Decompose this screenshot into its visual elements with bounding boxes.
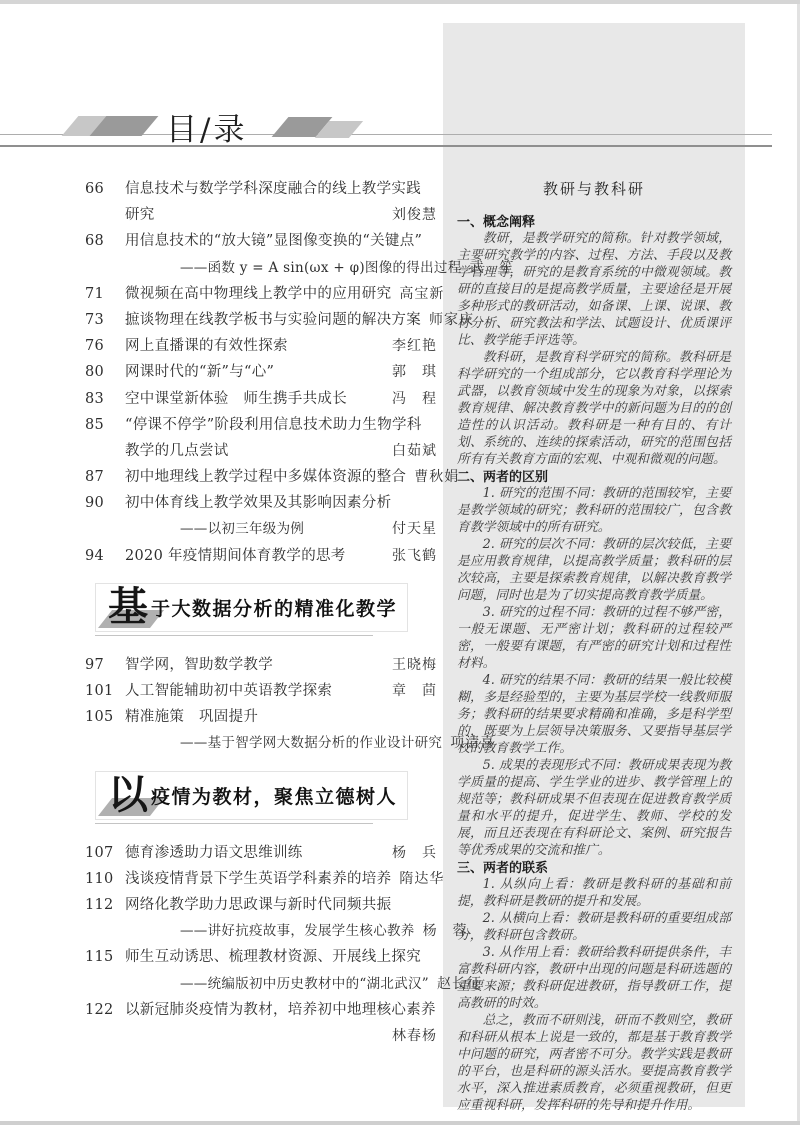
toc-entry-author: 杨 蓉: [415, 918, 468, 944]
article-title: 教研与教科研: [457, 181, 731, 198]
article-heading: 三、两者的联系: [457, 859, 731, 876]
toc-entry-title: ——以初三年级为例: [180, 516, 304, 542]
toc-page-number: 80: [85, 359, 125, 385]
article-paragraph: 3. 从作用上看：教研给教科研提供条件，丰富教科研内容，教研中出现的问题是科研选…: [457, 944, 731, 1012]
toc-page-number: 105: [85, 704, 125, 730]
toc-entry-author: 师家庆: [421, 307, 474, 333]
toc-entry-title: 信息技术与数学学科深度融合的线上教学实践: [125, 176, 421, 202]
toc-list: 66信息技术与数学学科深度融合的线上教学实践研究刘俊慧68用信息技术的“放大镜”…: [85, 176, 437, 1049]
section-banner-rule: [95, 635, 373, 636]
toc-entry-author: 项清喜: [442, 730, 495, 756]
toc-page-number: 112: [85, 892, 125, 918]
toc-entry-row: 107德育渗透助力语文思维训练杨 兵: [85, 840, 437, 866]
toc-entry-row: 85“停课不停学”阶段利用信息技术助力生物学科: [85, 412, 437, 438]
toc-page-number: 85: [85, 412, 125, 438]
article-paragraph: 3. 研究的过程不同：教研的过程不够严密，一般无课题、无严密计划；教科研的过程较…: [457, 604, 731, 672]
toc-entry-row: 97智学网，智助数学教学王晓梅: [85, 652, 437, 678]
page-title: 目/录: [166, 104, 247, 149]
toc-entry-title: 以新冠肺炎疫情为教材，培养初中地理核心素养: [125, 997, 436, 1023]
section-banner-label: 疫情为教材，聚焦立德树人: [151, 782, 397, 814]
toc-entry-row: 115师生互动诱思、梳理教材资源、开展线上探究: [85, 944, 437, 970]
toc-entry-row: 942020 年疫情期间体育教学的思考张飞鹤: [85, 543, 437, 569]
toc-entry-row: 122以新冠肺炎疫情为教材，培养初中地理核心素养: [85, 997, 437, 1023]
toc-entry-title: 人工智能辅助初中英语教学探索: [125, 678, 332, 704]
toc-entry-author: 郭 琪: [384, 359, 437, 385]
toc-entry-author: 武 笙: [462, 255, 515, 281]
toc-entry-title: 微视频在高中物理线上教学中的应用研究: [125, 281, 391, 307]
article-paragraph: 总之，教而不研则浅，研而不教则空，教研和科研从根本上说是一致的，都是基于教育教学…: [457, 1012, 731, 1114]
article-heading: 一、概念阐释: [457, 213, 731, 230]
section-banner-label: 于大数据分析的精准化教学: [151, 594, 397, 626]
toc-entry-row: 83空中课堂新体验 师生携手共成长冯 程: [85, 386, 437, 412]
toc-entry-title: “停课不停学”阶段利用信息技术助力生物学科: [125, 412, 422, 438]
toc-page-number: 107: [85, 840, 125, 866]
toc-page-number: 110: [85, 866, 125, 892]
toc-entry-title: 用信息技术的“放大镜”显图像变换的“关键点”: [125, 228, 422, 254]
toc-page-number: 115: [85, 944, 125, 970]
toc-entry-row: 教学的几点尝试白茹斌: [85, 438, 437, 464]
toc-entry-title: 德育渗透助力语文思维训练: [125, 840, 303, 866]
toc-entry-title: 2020 年疫情期间体育教学的思考: [125, 543, 346, 569]
toc-entry-author: 白茹斌: [384, 438, 437, 464]
scanned-toc-page: 目/录 66信息技术与数学学科深度融合的线上教学实践研究刘俊慧68用信息技术的“…: [0, 0, 800, 1125]
toc-entry-title: 教学的几点尝试: [125, 438, 229, 464]
toc-page-number: 101: [85, 678, 125, 704]
section-banner: 以疫情为教材，聚焦立德树人: [95, 771, 405, 824]
toc-entry-title: 师生互动诱思、梳理教材资源、开展线上探究: [125, 944, 421, 970]
toc-page-number: 97: [85, 652, 125, 678]
article-paragraph: 2. 研究的层次不同：教研的层次较低，主要是应用教育规律，以提高教学质量；教科研…: [457, 536, 731, 604]
article-heading: 二、两者的区别: [457, 468, 731, 485]
toc-entry-row: 林春杨: [85, 1023, 437, 1049]
section-banner-box: 基于大数据分析的精准化教学: [95, 583, 408, 632]
article: 教研与教科研 一、概念阐释教研，是教学研究的简称。针对教学领域，主要研究教学的内…: [457, 181, 731, 1114]
section-banner-initial: 以: [108, 776, 148, 814]
toc-page-number: 90: [85, 490, 125, 516]
toc-entry-author: 王晓梅: [384, 652, 437, 678]
facing-page-preview: 教研与教科研 一、概念阐释教研，是教学研究的简称。针对教学领域，主要研究教学的内…: [443, 23, 745, 1107]
toc-entry-row: 研究刘俊慧: [85, 202, 437, 228]
toc-entry-author: 刘俊慧: [384, 202, 437, 228]
toc-entry-author: 林春杨: [384, 1023, 437, 1049]
toc-entry-title: ——讲好抗疫故事，发展学生核心教养: [180, 918, 415, 944]
section-banner-initial: 基: [108, 588, 148, 626]
toc-page-number: 76: [85, 333, 125, 359]
toc-entry-row: 66信息技术与数学学科深度融合的线上教学实践: [85, 176, 437, 202]
toc-entry-title: 精准施策 巩固提升: [125, 704, 258, 730]
toc-page-number: 94: [85, 543, 125, 569]
toc-entry-title: ——函数 y = A sin(ωx + φ)图像的得出过程: [180, 255, 462, 281]
toc-entry-row: 76网上直播课的有效性探索李红艳: [85, 333, 437, 359]
article-paragraph: 4. 研究的结果不同：教研的结果一般比较模糊，多是经验型的，主要为基层学校一线教…: [457, 672, 731, 757]
toc-entry-row: 87初中地理线上教学过程中多媒体资源的整合曹秋娟: [85, 464, 437, 490]
toc-entry-title: 空中课堂新体验 师生携手共成长: [125, 386, 347, 412]
section-banner-box: 以疫情为教材，聚焦立德树人: [95, 771, 408, 820]
toc-entry-title: ——基于智学网大数据分析的作业设计研究: [180, 730, 442, 756]
toc-entry-row: 90初中体育线上教学效果及其影响因素分析: [85, 490, 437, 516]
toc-page-number: 122: [85, 997, 125, 1023]
toc-entry-author: 章 茴: [384, 678, 437, 704]
toc-entry-author: 高宝新: [391, 281, 444, 307]
article-paragraph: 1. 从纵向上看：教研是教科研的基础和前提，教科研是教研的提升和发展。: [457, 876, 731, 910]
toc-entry-row: 112网络化教学助力思政课与新时代同频共振: [85, 892, 437, 918]
toc-page-number: 66: [85, 176, 125, 202]
toc-entry-author: 李红艳: [384, 333, 437, 359]
section-banner-rule: [95, 823, 373, 824]
toc-entry-row: ——函数 y = A sin(ωx + φ)图像的得出过程武 笙: [85, 255, 437, 281]
toc-entry-row: ——统编版初中历史教材中的“湖北武汉”赵长征: [85, 971, 437, 997]
toc-entry-title: 初中地理线上教学过程中多媒体资源的整合: [125, 464, 406, 490]
toc-entry-author: 隋达华: [391, 866, 444, 892]
toc-entry-author: 赵长征: [429, 971, 482, 997]
article-paragraph: 1. 研究的范围不同：教研的范围较窄，主要是教学领域的研究；教科研的范围较广，包…: [457, 485, 731, 536]
toc-entry-title: 网络化教学助力思政课与新时代同频共振: [125, 892, 391, 918]
toc-entry-row: ——基于智学网大数据分析的作业设计研究项清喜: [85, 730, 437, 756]
toc-page-number: 71: [85, 281, 125, 307]
toc-entry-row: 73摭谈物理在线教学板书与实验问题的解决方案师家庆: [85, 307, 437, 333]
toc-entry-title: 摭谈物理在线教学板书与实验问题的解决方案: [125, 307, 421, 333]
toc-entry-author: 杨 兵: [384, 840, 437, 866]
toc-entry-author: 曹秋娟: [406, 464, 459, 490]
toc-entry-row: 101人工智能辅助初中英语教学探索章 茴: [85, 678, 437, 704]
toc-entry-title: 浅谈疫情背景下学生英语学科素养的培养: [125, 866, 391, 892]
toc-entry-author: 付天星: [384, 516, 437, 542]
header-rule-bottom: [0, 145, 772, 147]
toc-entry-row: ——以初三年级为例付天星: [85, 516, 437, 542]
toc-entry-row: 68用信息技术的“放大镜”显图像变换的“关键点”: [85, 228, 437, 254]
toc-page-number: 68: [85, 228, 125, 254]
toc-page-number: 73: [85, 307, 125, 333]
article-paragraph: 2. 从横向上看：教研是教科研的重要组成部分，教科研包含教研。: [457, 910, 731, 944]
toc-entry-title: 研究: [125, 202, 155, 228]
toc-entry-author: 张飞鹤: [384, 543, 437, 569]
toc-entry-row: 110浅谈疫情背景下学生英语学科素养的培养隋达华: [85, 866, 437, 892]
article-paragraph: 教科研，是教育科学研究的简称。教科研是科学研究的一个组成部分，它以教育科学理论为…: [457, 349, 731, 468]
section-banner: 基于大数据分析的精准化教学: [95, 583, 405, 636]
toc-entry-row: 105精准施策 巩固提升: [85, 704, 437, 730]
toc-page-number: 87: [85, 464, 125, 490]
toc-entry-row: 80网课时代的“新”与“心”郭 琪: [85, 359, 437, 385]
article-paragraph: 5. 成果的表现形式不同：教研成果表现为教学质量的提高、学生学业的进步、教学管理…: [457, 757, 731, 859]
toc-entry-title: 网上直播课的有效性探索: [125, 333, 288, 359]
toc-entry-title: ——统编版初中历史教材中的“湖北武汉”: [180, 971, 429, 997]
toc-entry-title: 网课时代的“新”与“心”: [125, 359, 274, 385]
toc-entry-author: 冯 程: [384, 386, 437, 412]
toc-page-number: 83: [85, 386, 125, 412]
toc-entry-row: ——讲好抗疫故事，发展学生核心教养杨 蓉: [85, 918, 437, 944]
article-paragraph: 教研，是教学研究的简称。针对教学领域，主要研究教学的内容、过程、方法、手段以及教…: [457, 230, 731, 349]
toc-entry-title: 智学网，智助数学教学: [125, 652, 273, 678]
toc-entry-row: 71微视频在高中物理线上教学中的应用研究高宝新: [85, 281, 437, 307]
toc-entry-title: 初中体育线上教学效果及其影响因素分析: [125, 490, 391, 516]
